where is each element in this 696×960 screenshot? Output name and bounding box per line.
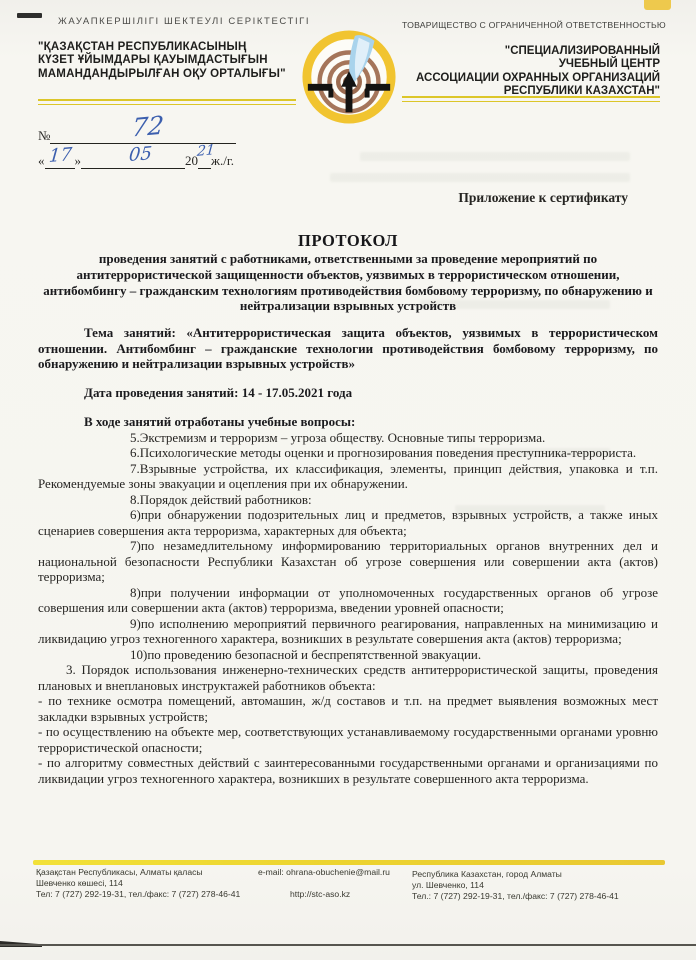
list-item-number: 7. bbox=[84, 461, 140, 477]
day-blank-line: 17 bbox=[45, 153, 75, 169]
footer-line: Тел: 7 (727) 292-19-31, тел./факс: 7 (72… bbox=[36, 889, 251, 900]
header-rule bbox=[402, 101, 660, 103]
org-ru-line: АССОЦИАЦИИ ОХРАННЫХ ОРГАНИЗАЦИЙ bbox=[360, 72, 660, 85]
dash-item: - по алгоритму совместных действий с заи… bbox=[38, 755, 658, 786]
list-item: 7.Взрывные устройства, их классификация,… bbox=[38, 461, 658, 492]
footer-email: e-mail: ohrana-obuchenie@mail.ru bbox=[258, 867, 408, 878]
document-number-line: №72 bbox=[38, 128, 236, 144]
footer-website: http://stc-aso.kz bbox=[258, 889, 408, 900]
handwritten-number: 72 bbox=[131, 110, 165, 142]
org-ru-line: "СПЕЦИАЛИЗИРОВАННЫЙ bbox=[360, 45, 660, 58]
list-item: 10)по проведению безопасной и беспрепятс… bbox=[38, 647, 658, 663]
list-item-text: по проведению безопасной и беспрепятстве… bbox=[147, 647, 481, 662]
section-3-paragraph: 3. Порядок использования инженерно-техни… bbox=[38, 662, 658, 693]
list-item-text: Порядок действий работников: bbox=[140, 492, 312, 507]
list-item-number: 9) bbox=[84, 616, 141, 632]
list-item-text: Экстремизм и терроризм – угроза обществу… bbox=[140, 430, 545, 445]
header-rule bbox=[38, 104, 296, 106]
month-blank-line: 05 bbox=[81, 153, 185, 169]
footer-line: ул. Шевченко, 114 bbox=[412, 880, 664, 891]
handwritten-month: 05 bbox=[128, 143, 153, 166]
company-form-kazakh: ЖАУАПКЕРШІЛІГІ ШЕКТЕУЛІ СЕРІКТЕСТІГІ bbox=[58, 16, 310, 27]
list-item-number: 8. bbox=[84, 492, 140, 508]
year-blank-line: 21 bbox=[198, 153, 211, 169]
footer-line: Қазақстан Республикасы, Алматы қаласы bbox=[36, 867, 251, 878]
org-ru-line: УЧЕБНЫЙ ЦЕНТР bbox=[360, 58, 660, 71]
footer-line: Шевченко көшесі, 114 bbox=[36, 878, 251, 889]
footer-highlight-rule bbox=[33, 860, 665, 865]
list-item-number: 7) bbox=[84, 538, 141, 554]
list-item: 8.Порядок действий работников: bbox=[38, 492, 658, 508]
footer-address-russian: Республика Казахстан, город Алматы ул. Ш… bbox=[412, 869, 664, 902]
header-rule bbox=[38, 99, 296, 101]
document-date-line: «17»052021ж./г. bbox=[38, 153, 234, 169]
list-item: 5.Экстремизм и терроризм – угроза общест… bbox=[38, 430, 658, 446]
header-rule bbox=[402, 96, 660, 98]
list-item: 7)по незамедлительному информированию те… bbox=[38, 538, 658, 585]
number-label: № bbox=[38, 128, 50, 143]
list-item: 9)по исполнению мероприятий первичного р… bbox=[38, 616, 658, 647]
list-item-number: 5. bbox=[84, 430, 140, 446]
corner-highlight-artifact bbox=[644, 0, 671, 10]
list-item-number: 6. bbox=[84, 445, 140, 461]
number-blank-line: 72 bbox=[50, 128, 236, 144]
lesson-dates: Дата проведения занятий: 14 - 17.05.2021… bbox=[38, 385, 658, 401]
footer-address-kazakh: Қазақстан Республикасы, Алматы қаласы Ше… bbox=[36, 867, 251, 900]
scanned-protocol-document: ЖАУАПКЕРШІЛІГІ ШЕКТЕУЛІ СЕРІКТЕСТІГІ "ҚА… bbox=[0, 0, 696, 960]
footer-line: Республика Казахстан, город Алматы bbox=[412, 869, 664, 880]
footer-contacts: e-mail: ohrana-obuchenie@mail.ru http://… bbox=[258, 867, 408, 900]
bleed-through-artifact bbox=[360, 152, 630, 161]
scan-edge-line bbox=[0, 944, 696, 946]
list-item: 6)при обнаружении подозрительных лиц и п… bbox=[38, 507, 658, 538]
annex-note: Приложение к сертификату bbox=[38, 190, 658, 206]
list-item: 8)при получении информации от уполномоче… bbox=[38, 585, 658, 616]
list-item-number: 8) bbox=[84, 585, 141, 601]
organization-name-russian: "СПЕЦИАЛИЗИРОВАННЫЙ УЧЕБНЫЙ ЦЕНТР АССОЦИ… bbox=[360, 45, 660, 99]
list-item-text: Психологические методы оценки и прогнози… bbox=[140, 445, 636, 460]
handwritten-year: 21 bbox=[196, 142, 215, 160]
dash-item: - по технике осмотра помещений, автомаши… bbox=[38, 693, 658, 724]
document-body: Приложение к сертификату ПРОТОКОЛ провед… bbox=[38, 190, 658, 786]
handwritten-day: 17 bbox=[48, 144, 73, 167]
list-item: 6.Психологические методы оценки и прогно… bbox=[38, 445, 658, 461]
bleed-through-artifact bbox=[330, 173, 630, 182]
org-kk-line: КҮЗЕТ ҰЙЫМДАРЫ ҚАУЫМДАСТЫҒЫН bbox=[38, 54, 286, 67]
list-item-number: 6) bbox=[84, 507, 141, 523]
list-item-number: 10) bbox=[84, 647, 147, 663]
footer-line: Тел.: 7 (727) 292-19-31, тел./факс: 7 (7… bbox=[412, 891, 664, 902]
org-kk-line: "ҚАЗАҚСТАН РЕСПУБЛИКАСЫНЫҢ bbox=[38, 41, 286, 54]
dash-item: - по осуществлению на объекте мер, соотв… bbox=[38, 724, 658, 755]
org-kk-line: МАМАНДАНДЫРЫЛҒАН ОҚУ ОРТАЛЫҒЫ" bbox=[38, 68, 286, 81]
document-subtitle: проведения занятий с работниками, ответс… bbox=[38, 251, 658, 314]
organization-name-kazakh: "ҚАЗАҚСТАН РЕСПУБЛИКАСЫНЫҢ КҮЗЕТ ҰЙЫМДАР… bbox=[38, 41, 286, 81]
lesson-topic: Тема занятий: «Антитеррористическая защи… bbox=[38, 325, 658, 372]
org-emblem-icon bbox=[300, 28, 398, 126]
company-form-russian: ТОВАРИЩЕСТВО С ОГРАНИЧЕННОЙ ОТВЕТСТВЕННО… bbox=[402, 20, 666, 30]
document-title: ПРОТОКОЛ bbox=[38, 233, 658, 249]
scan-dash-artifact bbox=[17, 13, 42, 18]
questions-heading: В ходе занятий отработаны учебные вопрос… bbox=[38, 414, 658, 430]
